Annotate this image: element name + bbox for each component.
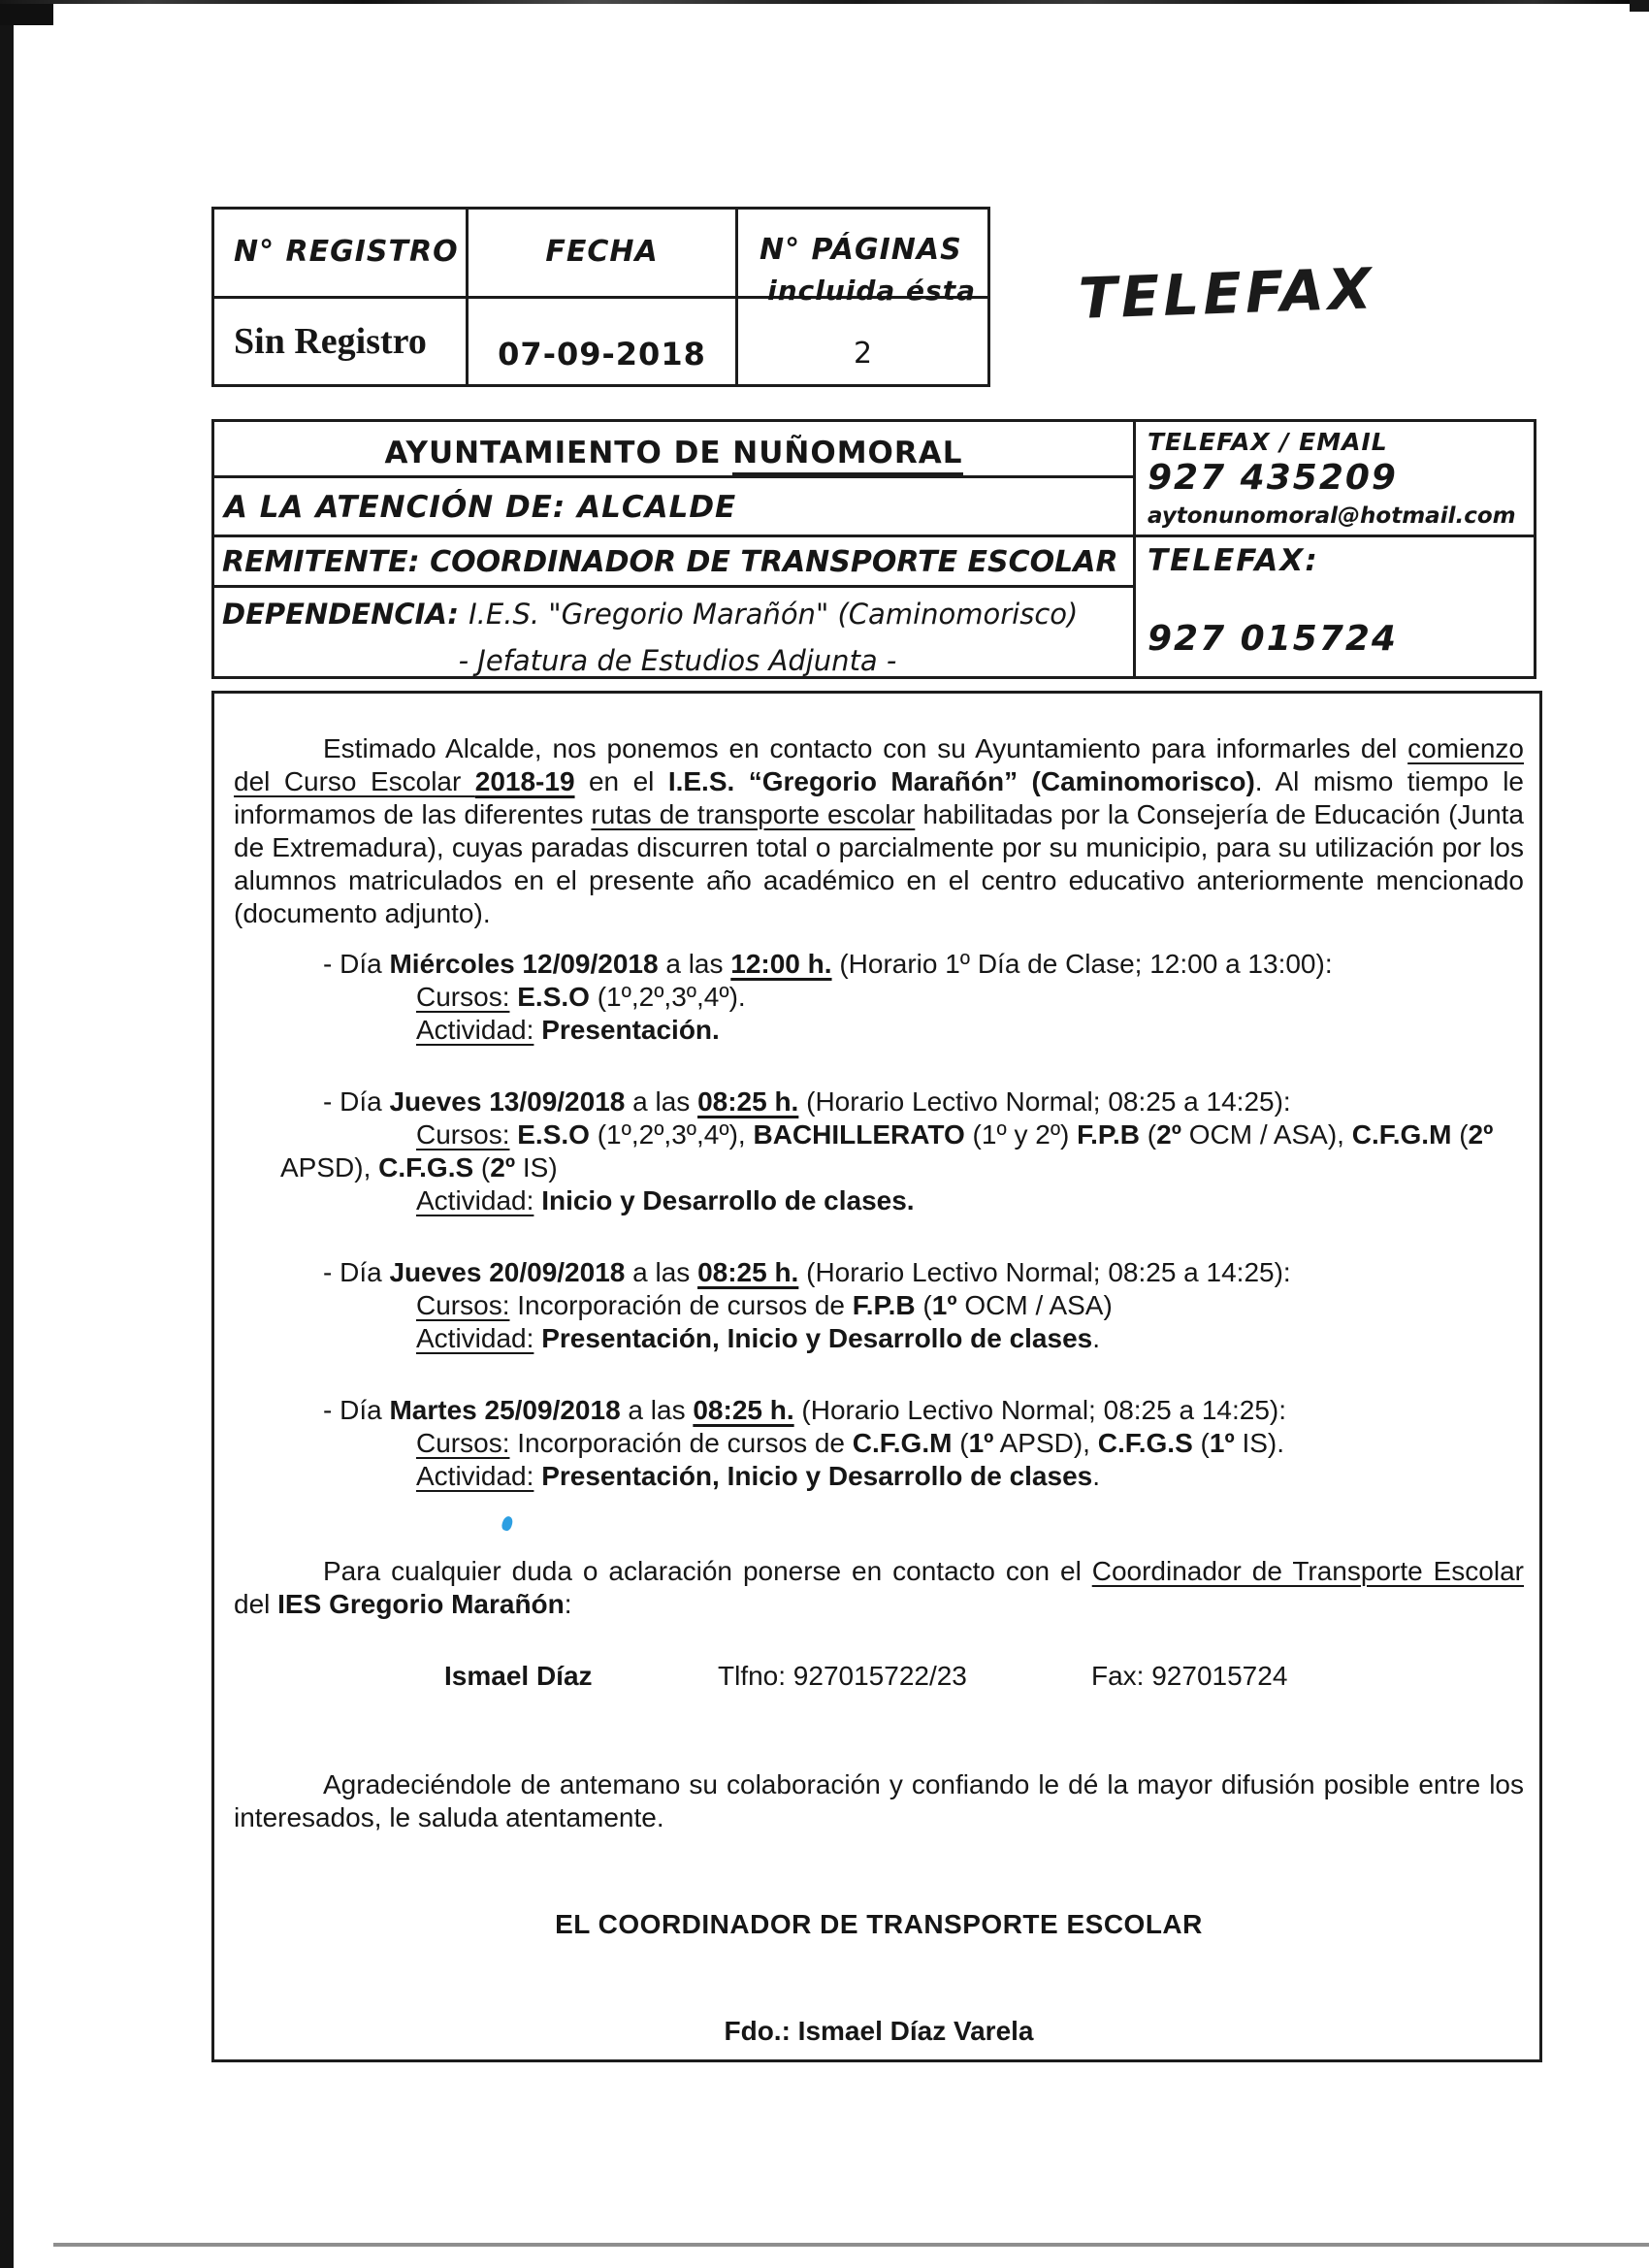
recipient-title-prefix: AYUNTAMIENTO DE: [384, 436, 732, 470]
registry-value-fecha: 07-09-2018: [469, 299, 738, 384]
dependencia-line1: DEPENDENCIA: I.E.S. "Gregorio Marañón" (…: [222, 598, 1133, 631]
scan-top-edge: [0, 0, 1649, 4]
contact-name: Ismael Díaz: [444, 1660, 593, 1693]
paragraph-intro: Estimado Alcalde, nos ponemos en contact…: [234, 732, 1524, 930]
registry-value-paginas: 2: [738, 299, 987, 384]
contact-fax: Fax: 927015724: [1091, 1660, 1287, 1693]
schedule-item-1-actividad: Actividad: Presentación.: [416, 1014, 1524, 1047]
telefax-phone-number: 927 435209: [1148, 458, 1534, 498]
attention-line: A LA ATENCIÓN DE: ALCALDE: [214, 478, 1136, 537]
fax-document-page: N° REGISTRO FECHA N° PÁGINAS incluida és…: [0, 0, 1649, 2268]
recipient-title-name: NUÑOMORAL: [732, 436, 962, 475]
schedule-item-4-actividad: Actividad: Presentación, Inicio y Desarr…: [416, 1460, 1524, 1493]
letter-body-box: Estimado Alcalde, nos ponemos en contact…: [211, 691, 1542, 2062]
dependencia-label: DEPENDENCIA:: [222, 598, 469, 631]
contact-phone: Tlfno: 927015722/23: [718, 1660, 967, 1693]
registry-table: N° REGISTRO FECHA N° PÁGINAS incluida és…: [211, 207, 990, 387]
telefax-email-cell: TELEFAX / EMAIL 927 435209 aytonunomoral…: [1136, 422, 1534, 537]
schedule-item-4-cursos: Cursos: Incorporación de cursos de C.F.G…: [280, 1427, 1524, 1460]
paragraph-contact-info: Para cualquier duda o aclaración ponerse…: [234, 1555, 1524, 1621]
registry-header-paginas-line1: N° PÁGINAS: [738, 210, 987, 267]
schedule-item-2-actividad: Actividad: Inicio y Desarrollo de clases…: [416, 1184, 1524, 1217]
schedule-list: - Día Miércoles 12/09/2018 a las 12:00 h…: [234, 948, 1524, 1493]
schedule-item-3-cursos: Cursos: Incorporación de cursos de F.P.B…: [280, 1289, 1524, 1322]
contact-row: Ismael Díaz Tlfno: 927015722/23 Fax: 927…: [234, 1660, 1524, 1693]
telefax-number: 927 015724: [1148, 619, 1534, 659]
signature-name: Fdo.: Ismael Díaz Varela: [234, 2015, 1524, 2048]
fax-header-table: AYUNTAMIENTO DE NUÑOMORAL A LA ATENCIÓN …: [211, 419, 1536, 679]
schedule-item-4: - Día Martes 25/09/2018 a las 08:25 h. (…: [234, 1394, 1524, 1493]
schedule-item-1: - Día Miércoles 12/09/2018 a las 12:00 h…: [234, 948, 1524, 1047]
scan-left-edge: [0, 0, 14, 2268]
registry-header-numero: N° REGISTRO: [214, 210, 469, 299]
telefax-logo: TELEFAX: [1078, 254, 1409, 332]
schedule-item-1-header: - Día Miércoles 12/09/2018 a las 12:00 h…: [323, 948, 1524, 981]
schedule-item-3-actividad: Actividad: Presentación, Inicio y Desarr…: [416, 1322, 1524, 1355]
registry-header-paginas: N° PÁGINAS incluida ésta: [738, 210, 987, 299]
registry-value-registro: Sin Registro: [214, 299, 469, 384]
paragraph-closing: Agradeciéndole de antemano su colaboraci…: [234, 1768, 1524, 1834]
schedule-item-3-header: - Día Jueves 20/09/2018 a las 08:25 h. (…: [323, 1256, 1524, 1289]
schedule-item-4-header: - Día Martes 25/09/2018 a las 08:25 h. (…: [323, 1394, 1524, 1427]
schedule-item-3: - Día Jueves 20/09/2018 a las 08:25 h. (…: [234, 1256, 1524, 1355]
schedule-item-2: - Día Jueves 13/09/2018 a las 08:25 h. (…: [234, 1085, 1524, 1217]
scan-top-right-mark: [1630, 0, 1649, 12]
recipient-title: AYUNTAMIENTO DE NUÑOMORAL: [214, 422, 1136, 478]
schedule-item-2-cursos: Cursos: E.S.O (1º,2º,3º,4º), BACHILLERAT…: [280, 1118, 1524, 1184]
sender-line: REMITENTE: COORDINADOR DE TRANSPORTE ESC…: [214, 537, 1136, 588]
telefax-number-cell: TELEFAX: 927 015724: [1136, 537, 1534, 677]
schedule-item-1-cursos: Cursos: E.S.O (1º,2º,3º,4º).: [280, 981, 1524, 1014]
scan-bottom-line: [53, 2243, 1649, 2247]
schedule-item-2-header: - Día Jueves 13/09/2018 a las 08:25 h. (…: [323, 1085, 1524, 1118]
telefax-label: TELEFAX:: [1148, 543, 1534, 578]
signature-title: EL COORDINADOR DE TRANSPORTE ESCOLAR: [234, 1908, 1524, 1941]
dependencia-line2: - Jefatura de Estudios Adjunta -: [222, 644, 1133, 677]
telefax-email-label: TELEFAX / EMAIL: [1148, 428, 1534, 456]
dependencia-value: I.E.S. "Gregorio Marañón" (Caminomorisco…: [469, 598, 1078, 631]
registry-header-fecha: FECHA: [469, 210, 738, 299]
email-address: aytonunomoral@hotmail.com: [1148, 503, 1534, 529]
dependencia-cell: DEPENDENCIA: I.E.S. "Gregorio Marañón" (…: [214, 588, 1136, 677]
